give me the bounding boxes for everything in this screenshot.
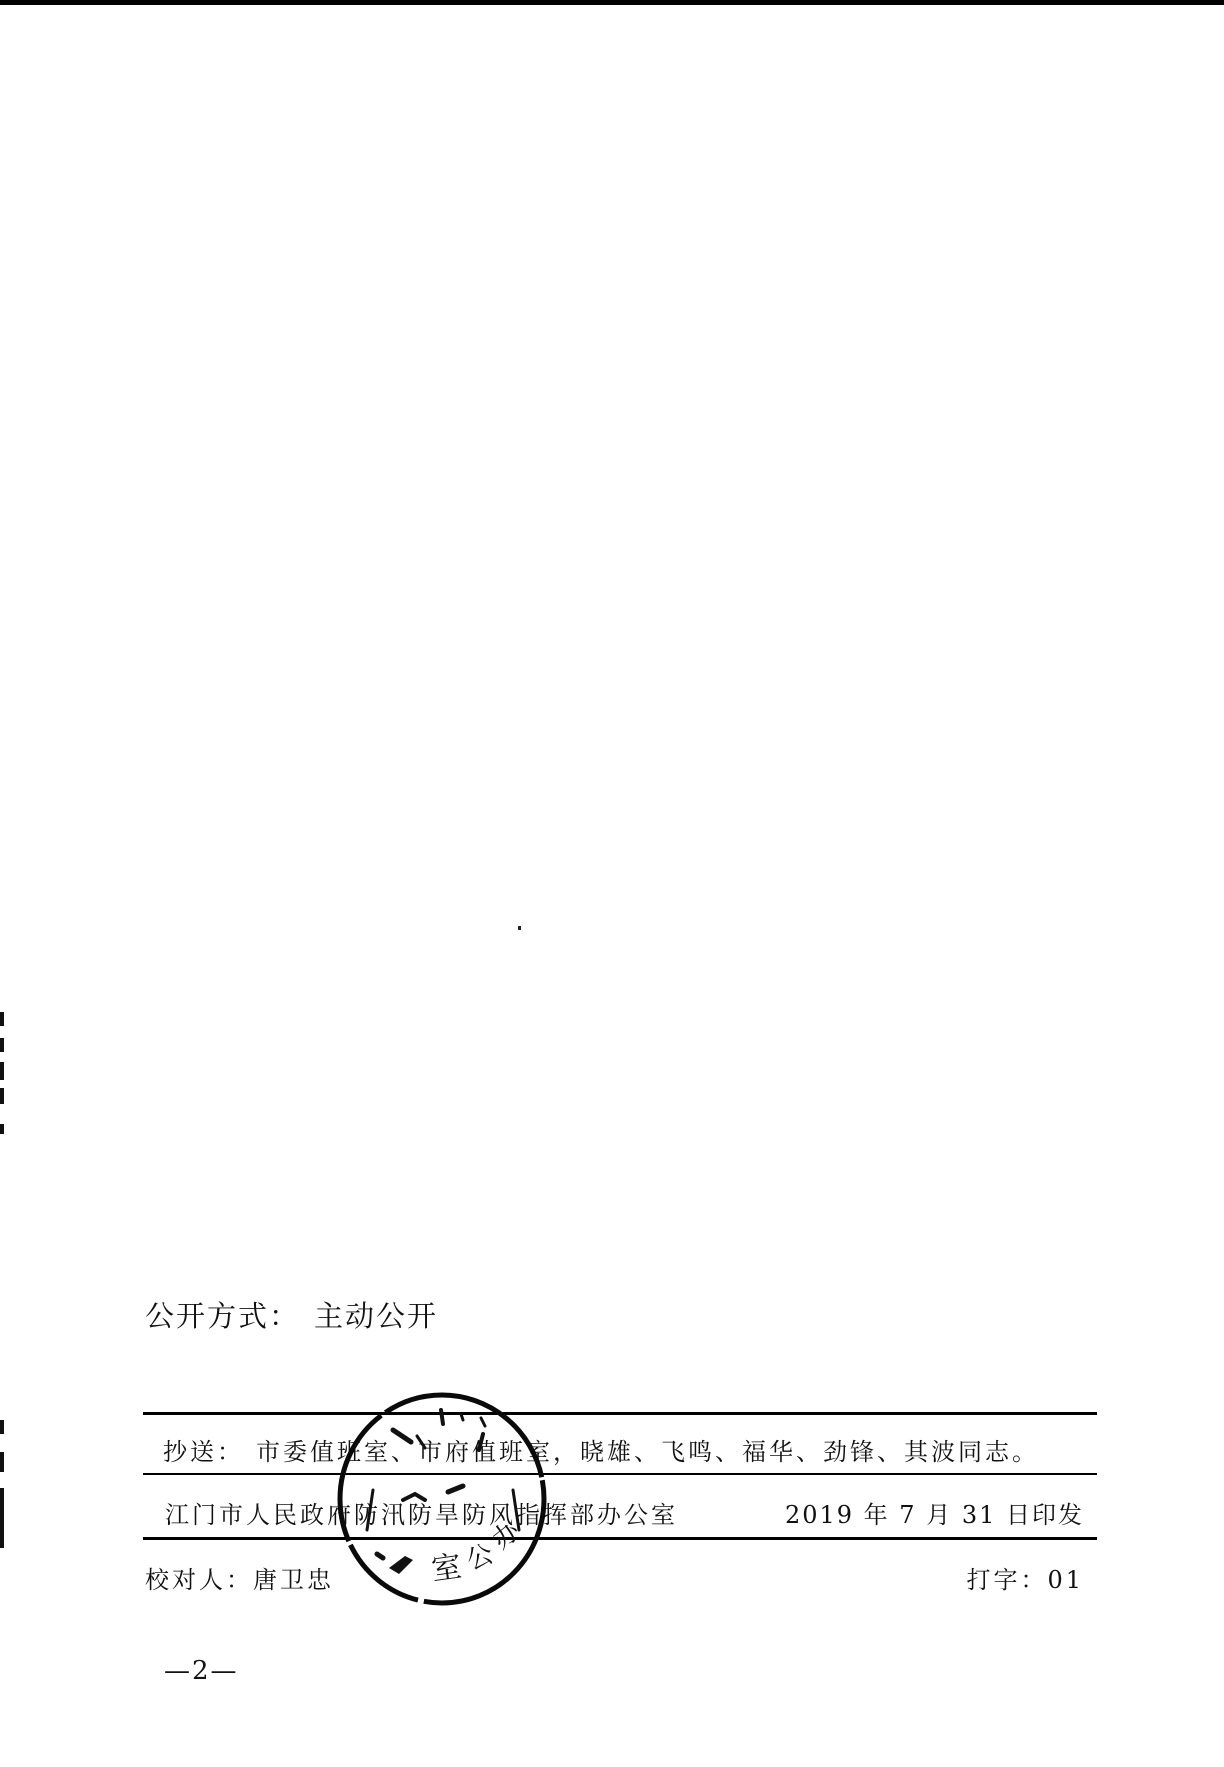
- typist-line: 打字：01: [966, 1560, 1084, 1595]
- disclosure-value: 主动公开: [314, 1299, 438, 1333]
- scan-top-edge: [0, 0, 1224, 5]
- cc-label: 抄送：: [163, 1438, 244, 1466]
- proofreader-label: 校对人：: [145, 1566, 253, 1594]
- binding-mark: [0, 1420, 4, 1434]
- proofreader-line: 校对人：唐卫忠: [145, 1560, 334, 1595]
- svg-text:室: 室: [429, 1549, 464, 1588]
- binding-mark: [0, 1038, 4, 1052]
- disclosure-label: 公开方式：: [145, 1299, 300, 1333]
- binding-mark: [0, 1452, 4, 1472]
- issue-date: 2019 年 7 月 31 日印发: [785, 1495, 1084, 1530]
- binding-mark: [0, 1088, 4, 1104]
- page-number: —2—: [164, 1656, 239, 1686]
- scan-speck: [518, 926, 521, 930]
- issuing-office: 江门市人民政府防汛防旱防风指挥部办公室: [165, 1495, 678, 1530]
- divider-top: [143, 1412, 1097, 1415]
- binding-mark: [0, 1012, 4, 1026]
- cc-line: 抄送：市委值班室、市府值班室，晓雄、飞鸣、福华、劲锋、其波同志。: [163, 1432, 1039, 1467]
- typist-value: 01: [1047, 1566, 1084, 1594]
- divider-middle: [143, 1473, 1097, 1475]
- disclosure-method: 公开方式：主动公开: [145, 1294, 438, 1335]
- svg-text:公: 公: [462, 1539, 497, 1577]
- divider-bottom: [143, 1537, 1097, 1540]
- cc-recipients: 市委值班室、市府值班室，晓雄、飞鸣、福华、劲锋、其波同志。: [256, 1438, 1039, 1466]
- binding-mark: [0, 1124, 4, 1134]
- binding-mark: [0, 1488, 4, 1548]
- typist-label: 打字：: [966, 1566, 1047, 1594]
- binding-mark: [0, 1062, 4, 1080]
- proofreader-name: 唐卫忠: [253, 1566, 334, 1594]
